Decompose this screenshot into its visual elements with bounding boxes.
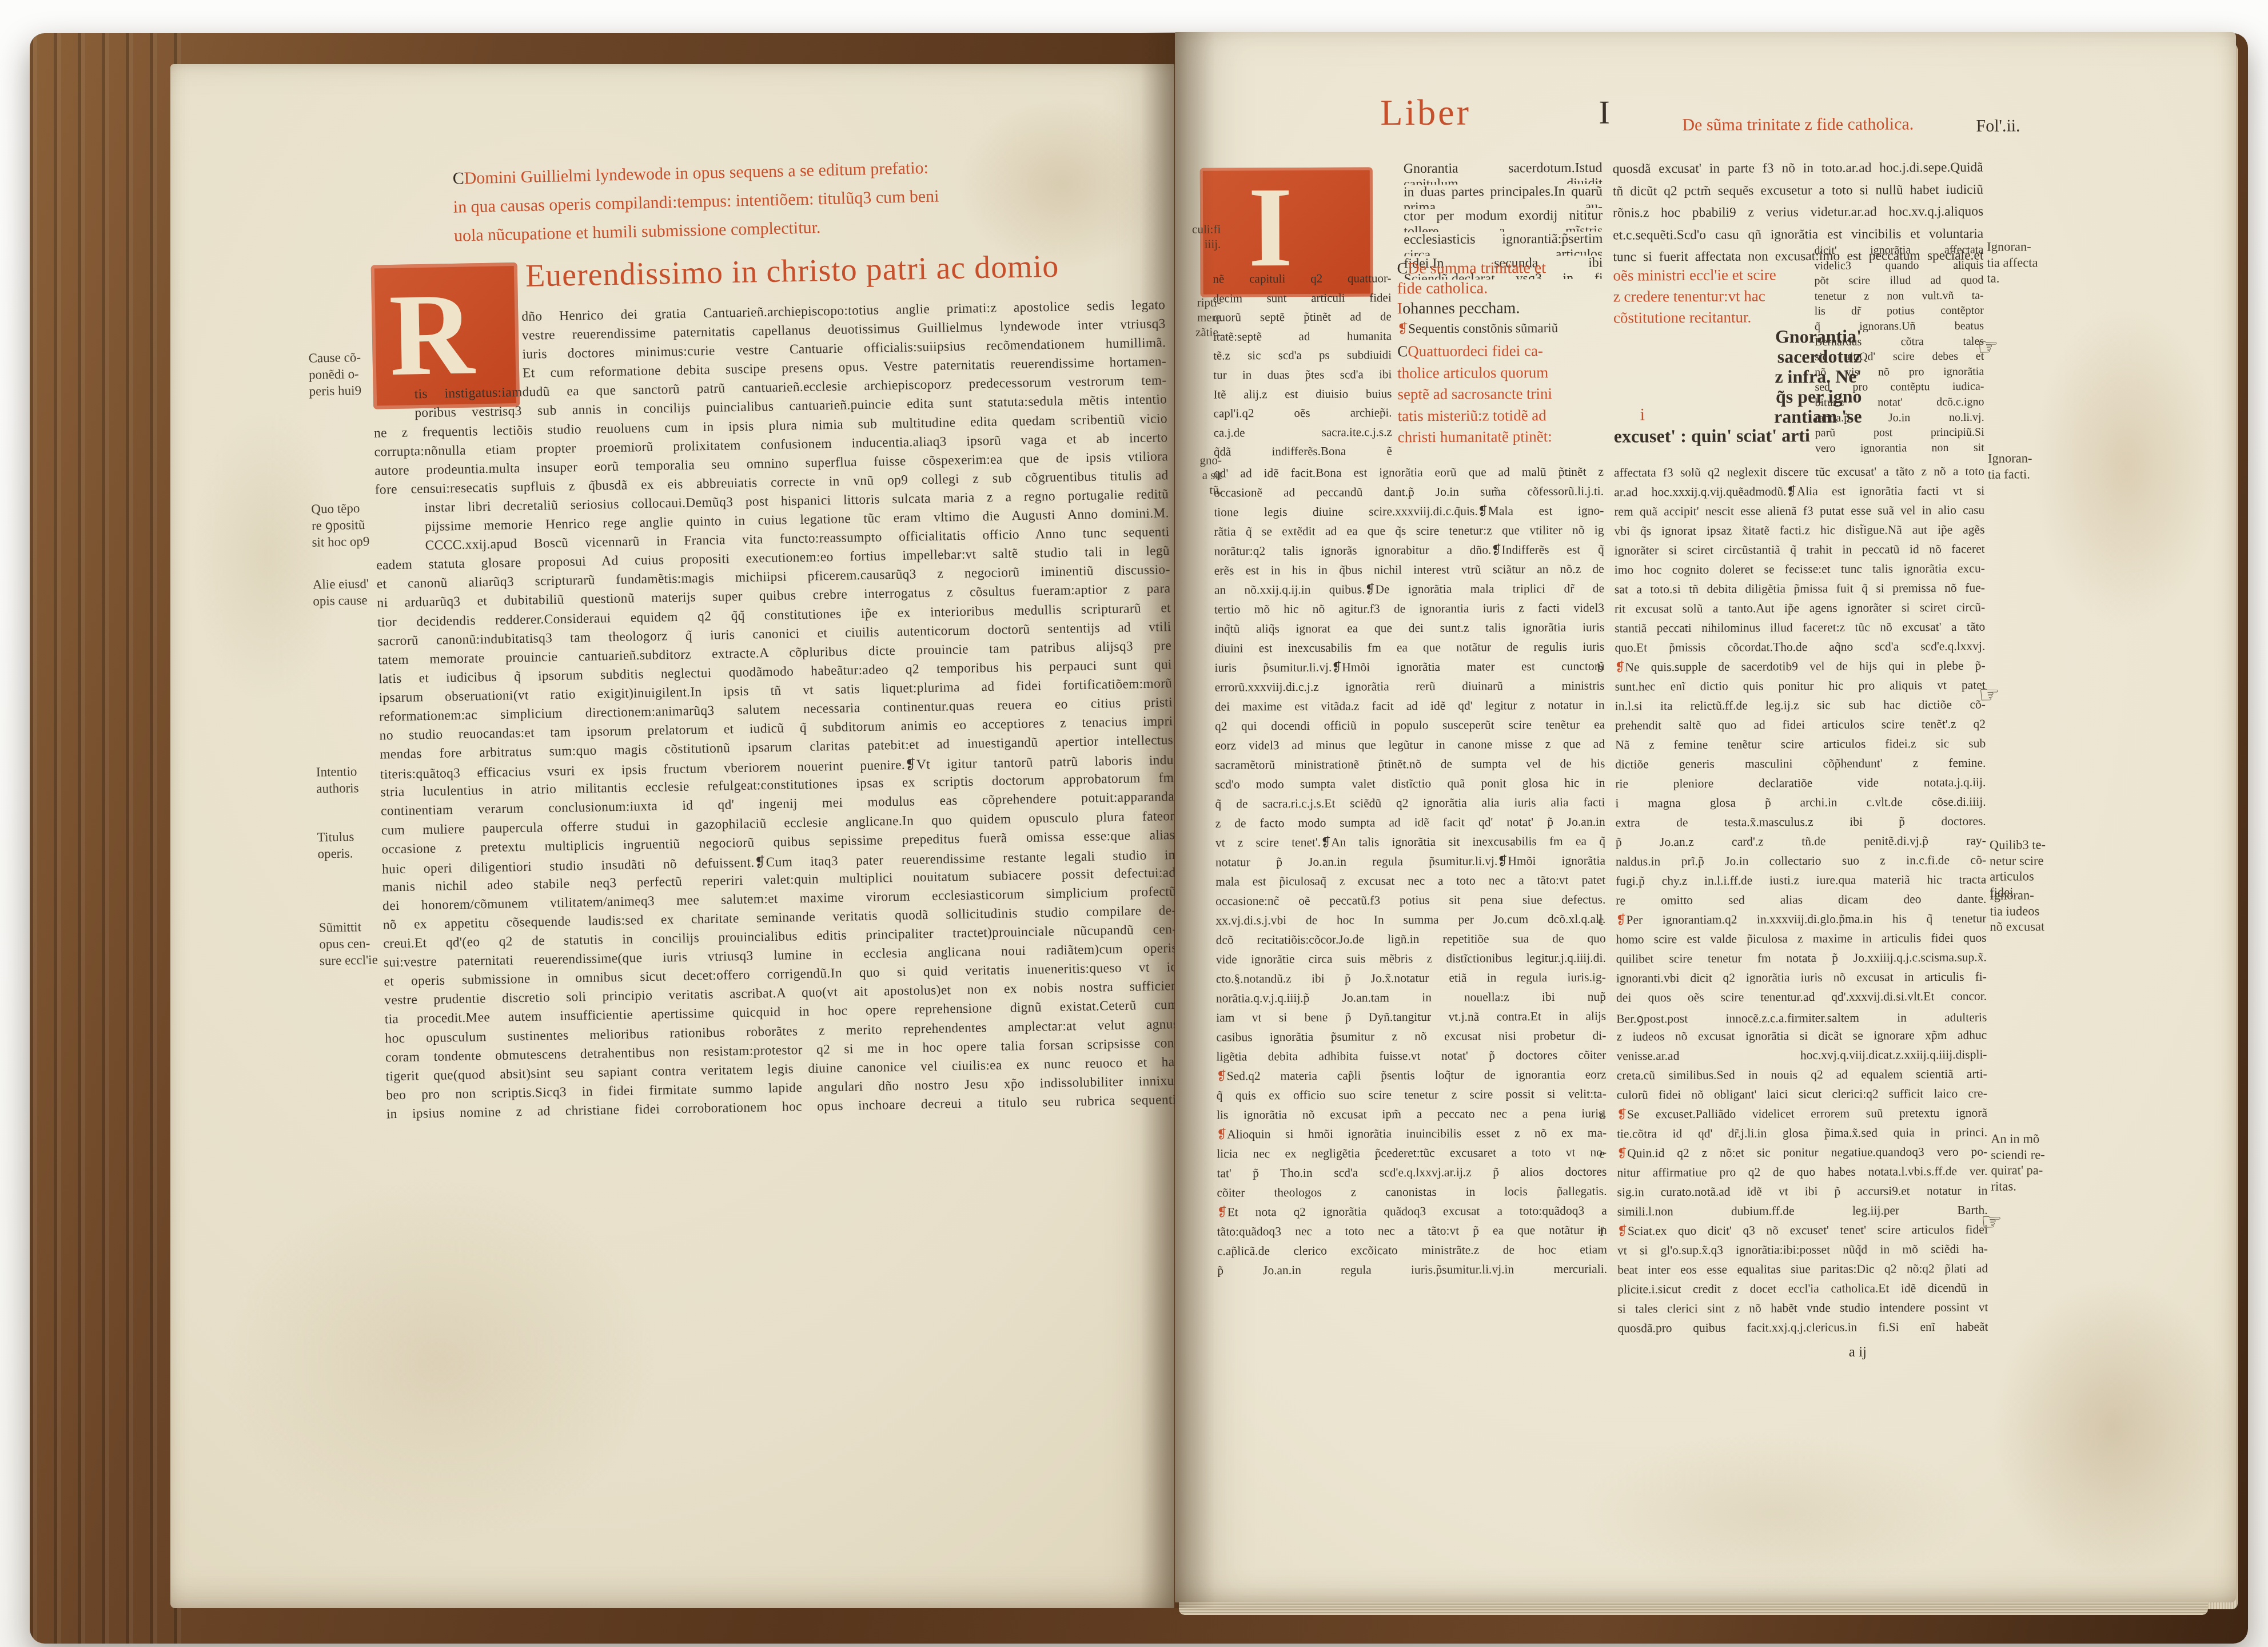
margin-note-alie-cause: Alie eiusd' opis cause [313, 575, 380, 610]
commentary-line: lis dr̃ potius contẽptor [1815, 304, 1984, 320]
gloss-line: z de facto modo sumpta ad idẽ facit qd' … [1215, 815, 1605, 836]
margin-note-cause: Cause cõ- ponẽdi o- peris hui9 [308, 349, 376, 400]
gloss-line: notatur p̃ Jo.an.in regula p̃sumitur.li.… [1215, 854, 1605, 875]
gloss-line: eorz videl3 ad minus que legũtur in cano… [1215, 737, 1605, 758]
gloss-line: norãtur:q2 talis ignorãs ignorabitur a d… [1214, 543, 1604, 564]
gloss-line: i magna glosa p̃ archi.in c.vlt.de cõse.… [1616, 795, 1986, 816]
preface-body: dño Henrico dei gratia Cantuarieñ.archie… [372, 297, 1180, 1125]
manicule-icon: ☞ [1979, 681, 2000, 709]
gloss-line: Nã z femine tenẽtur scire articulos fide… [1615, 737, 1986, 758]
gloss-line: vide ignorãtie circa suis mẽbris z distĩ… [1216, 951, 1606, 972]
gloss-line: erẽs est in his in q̃bus nichil interest… [1214, 562, 1604, 583]
gloss-line: rit excusat solũ a tanto.Aut ip̃e agens … [1615, 600, 1985, 622]
gloss-line: q2 qui docendi officiũ in populo suscepe… [1215, 718, 1605, 739]
gloss-line: dei quos oẽs scire tenentur.ad qd'.xxxvi… [1616, 989, 1987, 1011]
left-page: CDomini Guillielmi lyndewode in opus seq… [170, 64, 1174, 1608]
gutter-fragment: culi:fi iiij. [1171, 222, 1221, 252]
commentary-line: sic ait.Qd' scire debes et [1815, 350, 1984, 366]
gloss-line: qd' ad idẽ facit.Bona est ignorãtia eorũ… [1214, 465, 1604, 486]
gloss-line: Gnorantia sacerdotum.Istud capitulum diu… [1404, 161, 1603, 185]
gloss-letter-c: c [1598, 913, 1613, 928]
margin-note-ignorantia-facti: Ignoran- tia facti. [1988, 450, 2092, 482]
gloss-line: Ber.ꝯpost.post innocẽ.z.c.a.firmiter.sal… [1616, 1009, 1987, 1030]
gloss-line: iam vt si bene p̃ Dyñ.tangitur vt.j.nã c… [1216, 1009, 1606, 1031]
gloss-line: re omitto sed alias dicam deo dante. [1616, 892, 1986, 913]
commentary-line: vero ignorantia non sit [1815, 441, 1984, 457]
gloss-line: norãtia.q.v.j.q.iiij.p̃ Jo.an.tam in nou… [1216, 990, 1606, 1011]
gloss-line: si tales clerici sint z nõ habẽt vnde st… [1617, 1300, 1988, 1322]
gloss-line: ❡Quin.id q2 z nõ:et sic ponitur negatiue… [1617, 1145, 1987, 1166]
gloss-line: mala est p̃iculosaq̃ z excusat nec a tot… [1215, 873, 1605, 894]
gloss-line: sunt.hec enĩ dictio quis ponitur hic pro… [1615, 678, 1986, 699]
gloss-line: ar.ad hoc.xxxij.q.vij.quẽadmodũ.❡Alia es… [1614, 484, 1984, 505]
commentary-line: q̃ ignorans.Uñ beatus [1815, 320, 1984, 336]
gloss-line: tur in duas p̃tes scd'a ibi [1213, 367, 1392, 387]
gloss-line: tie.cõtra id qd' dr̃.j.li.in glosa p̃ima… [1617, 1125, 1987, 1147]
commentary-line: videlic3 quando aliquis [1814, 258, 1983, 274]
gloss-line: tãto:quãdoq3 nec a toto nec a tãto:vt p̃… [1217, 1223, 1607, 1244]
gloss-line: simili.l.non dubium.ff.de leg.iij.per Ba… [1617, 1203, 1988, 1224]
gloss-line: dictiõe generis masculini cõp̃hendunt' z… [1615, 756, 1986, 777]
gloss-line: ❡Alioquin si hmõi ignorãtia inuincibilis… [1217, 1126, 1607, 1147]
summary-caption: ❡Sequentis constõnis sũmariũ [1397, 321, 1558, 336]
gloss-line: ❡Per ignorantiam.q2 in.xxxviij.di.glo.p̃… [1616, 912, 1986, 933]
gloss-line: an nõ.xxij.q.ij.in quibus.❡De ignorãtia … [1214, 582, 1604, 603]
gloss-line: quosdã excusat' in parte f3 nõ in toto.a… [1613, 160, 1983, 184]
margin-note-an-in-modo: An in mõ sciendi re- quirat' pa- ritas. [1991, 1131, 2095, 1194]
gloss-line: q̃ de sacra.ri.c.j.s.Et sciẽdũ q2 ignorã… [1215, 795, 1605, 817]
gloss-line: venisse.ar.ad hoc.xvj.q.viij.dicat.z.xxi… [1616, 1048, 1987, 1069]
gloss-line: vt z scire tenet'.❡An talis ignorãtia si… [1215, 834, 1605, 856]
gloss-line: rãtia q̃ se extẽdit ad ea que q̃s scire … [1214, 523, 1604, 544]
gloss-line: rem quã accipit' nescit esse alienã f3 p… [1614, 503, 1984, 524]
gloss-line: rie pleniore declaratiõe vide notata.j.q… [1615, 775, 1986, 797]
gloss-line: tertio mõ hic nõ agitur.f3 de ignorantia… [1214, 601, 1604, 622]
gloss-line: p̃ Jo.an.z card'.z tñ.de penitẽ.di.vj.p̃… [1616, 834, 1986, 855]
commentary-line: dicit' ignorãtia affectata [1814, 244, 1983, 260]
gloss-line: lis ignorãtia nõ excusat ipm̃ a peccato … [1217, 1107, 1607, 1128]
gloss-line: quo.Et p̃missis cõcordat.Tho.de aq̃no sc… [1615, 639, 1985, 661]
gloss-line: diuini est inexcusabilis fm ea que notãt… [1214, 640, 1604, 661]
gloss-letter-b: b [1597, 661, 1612, 675]
gloss-line: ecclesiasticis ignorantiã:p̃sertim circa… [1404, 232, 1603, 256]
signature-mark: a ij [1849, 1344, 1867, 1360]
gloss-line: q̃ quis ex officio suo scire tenetur z s… [1217, 1087, 1607, 1108]
gloss-line: dcõ recitatiõis:cõcor.Jo.de ligñ.in repe… [1216, 932, 1606, 953]
narrow-column: nẽ capituli q2 quattuor-decim sunt artic… [1213, 271, 1392, 464]
gloss-line: c.ap̃licã.de clerico excõicato ministrãt… [1217, 1243, 1607, 1264]
author-line: Iohannes peccham. [1397, 299, 1520, 318]
gloss-line: ligẽtia debita adhibita fuisse.vt notat'… [1216, 1048, 1606, 1069]
gloss-line: z iudeos nõ excusat ignorãtia si dicãt s… [1616, 1028, 1987, 1049]
margin-note-quo-tempore: Quo tẽpo re ꝯpositũ sit hoc op9 [311, 500, 378, 551]
gloss-line: occasionẽ ad peccandũ dant.p̃ Jo.in sum̃… [1214, 484, 1604, 506]
gloss-line: tione legis diuine scire.xxxviij.di.c.q̃… [1214, 504, 1604, 525]
gloss-line: ❡Ne quis.supple de sacerdotib9 vel de hi… [1615, 659, 1985, 680]
commentary-line: rantia.p̃ Jo.in no.li.vj. [1815, 411, 1984, 427]
gloss-line: dei maxime est vitãda.z facit ad idẽ qd'… [1215, 698, 1605, 719]
gloss-line: errorũ.xxxviij.di.c.j.z ignorãtia rerũ d… [1215, 679, 1605, 700]
gloss-line: cõiter theologos z canonistas in locis p… [1217, 1184, 1607, 1206]
running-head-liber: Liber [1380, 91, 1471, 134]
book-photograph: CDomini Guillielmi lyndewode in opus seq… [0, 0, 2268, 1647]
preface-heading: CDomini Guillielmi lyndewode in opus seq… [452, 149, 1162, 250]
gloss-line: fugi.p̃ chy.z in.l.i.ff.de iusti.z iure.… [1616, 873, 1986, 894]
summary-rubric: CQuattuordeci fidei ca- tholice articulo… [1397, 340, 1604, 449]
gloss-line: ❡Et nota q2 ignorãtia quãdoq3 excusat a … [1217, 1204, 1607, 1225]
gloss-line: licia nec ex negligẽtia p̃cederet:tũc ex… [1217, 1145, 1607, 1167]
preface-opening-line: Euerendissimo in christo patri ac domio [525, 246, 1165, 294]
gloss-line: nitur affirmatiue pro q2 de quo habes no… [1617, 1164, 1987, 1185]
gloss-line: ignoranti.vbi dicit q2 ignorãtia iuris n… [1616, 970, 1987, 991]
book-spine [30, 33, 183, 1644]
margin-note-iudeos: Ignoran- tia iudeos nõ excusat [1990, 887, 2094, 934]
gloss-letter-e: e [1599, 1147, 1614, 1161]
gloss-line: ❡Sed.q2 materia cap̃li p̃sentis loq̃tur … [1217, 1068, 1607, 1089]
gloss-line: beat inter eos esse equalitas siue parit… [1617, 1262, 1988, 1283]
gloss-line: cto.§.notandũ.z ibi p̃ Jo.x̃.notatur eti… [1216, 970, 1606, 992]
gloss-line: affectata f3 solũ q2 neglexit discere tũ… [1614, 464, 1984, 486]
gloss-line: ❡Sciat.ex quo dicit' q3 nõ excuset' tene… [1617, 1223, 1988, 1244]
gloss-line: scd'o modo sumpta valet distĩctio quã po… [1215, 776, 1605, 797]
gloss-line: sig.in curato.notã.ad idẽ vt ibi p̃ accu… [1617, 1184, 1987, 1205]
gloss-line: naldus.in prĩ.p̃ Jo.in collectario suo z… [1616, 853, 1986, 874]
gloss-line: q̃dã indifferẽs.Bona ẽ [1214, 444, 1392, 464]
chapter-heading: CDe summa trinitate et fide catholica. [1397, 258, 1603, 299]
gloss-column-a: qd' ad idẽ facit.Bona est ignorãtia eorũ… [1214, 465, 1607, 1283]
gloss-line: imo hoc cognito doleret se fecisse:et tu… [1615, 562, 1985, 583]
gloss-line: vt si gl'o.sup.x̃.q3 ignorãtia:ibi:posse… [1617, 1242, 1988, 1263]
commentary-line: sed pro contẽptu iudica- [1815, 380, 1984, 396]
gloss-line: sacramẽtorũ ministrationẽ p̃tinẽt.nõ de … [1215, 757, 1605, 778]
margin-note-titulus: Titulus operis. [317, 828, 384, 862]
gloss-line: quilibet scire tenetur fm notata p̃ Jo.x… [1616, 950, 1987, 972]
gloss-line: Itẽ alij.z est diuisio buius [1213, 387, 1392, 407]
gloss-line: homo scire est valde p̃iculosa z maxime … [1616, 931, 1987, 952]
gloss-line: ❡Se excuset.Palliãdo videlicet errorem s… [1617, 1106, 1987, 1127]
margin-note-intentio: Intentio authoris [316, 762, 383, 797]
gloss-line: sat a toto.si tñ debita diligẽtia p̃miss… [1615, 581, 1985, 602]
gloss-line: in duas partes principales.In quarũ prim… [1404, 184, 1603, 209]
gloss-line: quosdã.pro quibus facit.xxj.q.j.clericus… [1618, 1320, 1988, 1341]
constitution-rubric: oẽs ministri eccl'ie et scire z credere … [1613, 264, 1807, 328]
gloss-line: vbi q̃s ignorat ipsaz x̃itatẽ facti.z hi… [1614, 523, 1984, 544]
gutter-fragment: gno- a sit tũ. [1173, 453, 1222, 498]
commentary-line: nõ vis nõ pro ignorãtia [1815, 365, 1984, 381]
gloss-line: rõnis.z hoc pbabili9 z verius videtur.ar… [1613, 204, 1983, 228]
gloss-line: plicite.i.sicut credit z docet eccl'ia c… [1617, 1281, 1988, 1302]
folio-number: Fol'.ii. [1976, 116, 2020, 136]
gutter-fragment: ripti- mere zãtie. [1172, 295, 1221, 340]
gloss-line: culorũ fidei nõ obligant' laici sicut cl… [1617, 1087, 1987, 1108]
manicule-icon: ☞ [1977, 333, 1999, 361]
gloss-line: casibus ignorãtia p̃sumitur z nõ excusat… [1216, 1029, 1606, 1050]
gloss-line: occasione:nc̃ oẽ peccatũ.f3 potius sit p… [1215, 893, 1605, 914]
gloss-line: ignorãter si sciret circũstantiã q̃ trah… [1615, 542, 1985, 563]
gloss-line: extra de testa.x̃.masculus.z ibi p̃ doct… [1616, 814, 1986, 836]
gloss-letter-d: d [1599, 1108, 1614, 1123]
gloss-line: xx.vj.di.s.j.vbi de hoc In summa per Jo.… [1215, 912, 1605, 933]
gloss-ref-mark: i [1640, 405, 1645, 424]
margin-note-summittit: Sũmittit opus cen- sure eccl'ie [319, 918, 386, 969]
gloss-commentary: dicit' ignorãtia affectatavidelic3 quand… [1814, 244, 1984, 457]
gloss-line: ca.j.de sacra.ite.c.j.s.z [1214, 425, 1392, 445]
gloss-line: creta.cũ similibus.Sed in nouis q2 ad eq… [1617, 1067, 1987, 1088]
right-page: Liber I De sũma trinitate z fide catholi… [1175, 32, 2236, 1602]
gloss-line: inq̃tũ aliq̃s ignorat ea que dei sunt.z … [1214, 620, 1604, 642]
gloss-line: capl'i.q2 oẽs archiep̃i. [1214, 405, 1392, 425]
book-numeral: I [1599, 93, 1610, 132]
margin-note-ignorantia-affectata: Ignoran- tia affecta ta. [1987, 238, 2091, 286]
commentary-line: parũ post principiũ.Si [1815, 426, 1984, 442]
gloss-line: tñ dicũt q2 pctm̃ sequẽs excusetur a tot… [1613, 182, 1983, 205]
commentary-line: tenetur z non vult.vñ ta- [1815, 289, 1984, 305]
gloss-line: p̃ Jo.an.in regula iuris.p̃sumitur.li.vj… [1217, 1262, 1607, 1283]
gloss-line: tat' p̃ Tho.in scd'a scd'e.q.lxxvj.ar.ij… [1217, 1165, 1607, 1186]
gloss-column-b: affectata f3 solũ q2 neglexit discere tũ… [1614, 464, 1988, 1341]
commentary-line: Bernardus cõtra tales [1815, 335, 1984, 351]
gloss-line: prehendit saltẽ quo ad fidei articulos s… [1615, 717, 1986, 738]
gloss-line: iuris p̃sumitur.li.vj.❡Hmõi ignorãtia ma… [1214, 659, 1604, 681]
gloss-line: stantiã peccati nihilominus illud facere… [1615, 620, 1985, 641]
gloss-line: itatẽ:septẽ ad humanita [1213, 329, 1392, 349]
gloss-line: quorũ septẽ p̃tinẽt ad de [1213, 309, 1392, 329]
commentary-line: põt scire illud ad quod [1815, 274, 1984, 290]
commentary-line: bitur.z notat' dcõ.c.igno [1815, 396, 1984, 412]
gloss-line: nẽ capituli q2 quattuor- [1213, 271, 1392, 291]
gloss-line: decim sunt articuli fidei [1213, 291, 1392, 311]
manicule-icon: ☞ [1981, 1208, 2003, 1236]
gloss-line: in.l.si ita relictũ.ff.de leg.ij.z sic s… [1615, 698, 1986, 719]
running-title: De sũma trinitate z fide catholica. [1682, 114, 1914, 135]
gloss-line: tẽ.z sic scd'a ps subdiuidi [1213, 348, 1392, 368]
gloss-letter-f: f [1600, 1224, 1615, 1239]
gloss-line: ctor per modum exordij nititur tollere a… [1404, 208, 1603, 232]
